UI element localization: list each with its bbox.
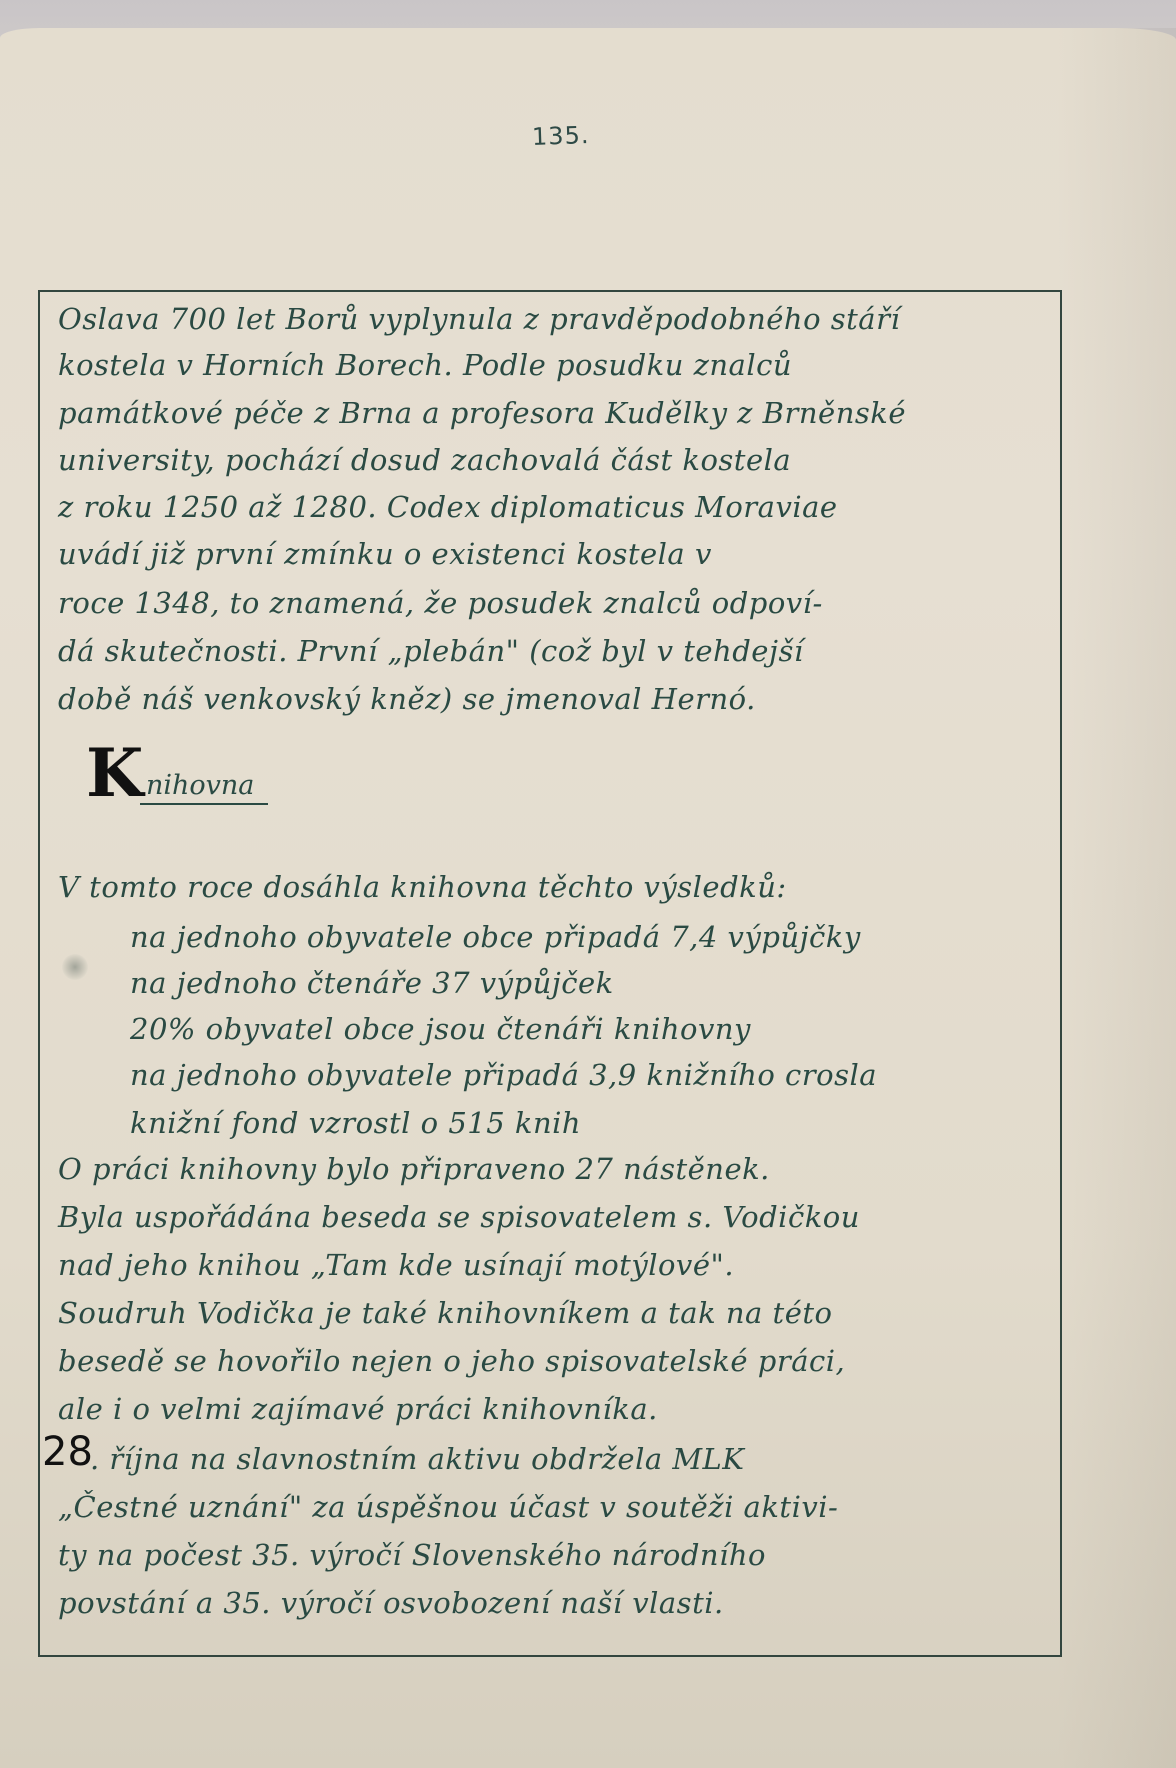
paragraph-1-line: dá skutečnosti. První „plebán" (což byl … xyxy=(58,634,804,668)
paragraph-1-line: university, pochází dosud zachovalá část… xyxy=(58,443,791,477)
paragraph-1-line: uvádí již první zmínku o existenci koste… xyxy=(58,537,712,571)
paragraph-2-line: O práci knihovny bylo připraveno 27 nást… xyxy=(58,1152,770,1186)
paragraph-2-line: Soudruh Vodička je také knihovníkem a ta… xyxy=(58,1296,832,1330)
paragraph-2-line: nad jeho knihou „Tam kde usínají motýlov… xyxy=(58,1248,734,1282)
library-stat: knižní fond vzrostl o 515 knih xyxy=(130,1106,581,1140)
paragraph-2-line: besedě se hovořilo nejen o jeho spisovat… xyxy=(58,1344,845,1378)
paragraph-1-line: době náš venkovský kněz) se jmenoval Her… xyxy=(58,682,756,716)
paragraph-1-line: kostela v Horních Borech. Podle posudku … xyxy=(58,348,792,382)
paragraph-1-line: roce 1348, to znamená, že posudek znalců… xyxy=(58,586,823,620)
page-number: 135. xyxy=(532,121,590,151)
library-stat: na jednoho obyvatele připadá 3,9 knižníh… xyxy=(130,1058,877,1092)
paragraph-2-line: ale i o velmi zajímavé práci knihovníka. xyxy=(58,1392,658,1426)
library-stat: na jednoho obyvatele obce připadá 7,4 vý… xyxy=(130,920,861,954)
paragraph-2-line: Byla uspořádána beseda se spisovatelem s… xyxy=(58,1200,860,1234)
paragraph-1-line: památkové péče z Brna a profesora Kudělk… xyxy=(58,396,906,430)
library-stat: 20% obyvatel obce jsou čtenáři knihovny xyxy=(130,1012,751,1046)
paragraph-3-first-line: . října na slavnostním aktivu obdržela M… xyxy=(90,1442,744,1476)
paragraph-3-line: ty na počest 35. výročí Slovenského náro… xyxy=(58,1538,766,1572)
paragraph-3-line: povstání a 35. výročí osvobození naší vl… xyxy=(58,1586,724,1620)
date-stamp: 28 xyxy=(42,1432,93,1472)
paragraph-3-line: „Čestné uznání" za úspěšnou účast v sout… xyxy=(58,1490,838,1524)
library-intro: V tomto roce dosáhla knihovna těchto výs… xyxy=(58,870,787,904)
ink-stain xyxy=(62,954,88,980)
library-stat: na jednoho čtenáře 37 výpůjček xyxy=(130,966,614,1000)
section-title: nihovna xyxy=(140,770,268,805)
section-dropcap: K xyxy=(86,740,143,806)
paragraph-1-line: Oslava 700 let Borů vyplynula z pravděpo… xyxy=(58,302,900,336)
paragraph-1-line: z roku 1250 až 1280. Codex diplomaticus … xyxy=(58,490,838,524)
